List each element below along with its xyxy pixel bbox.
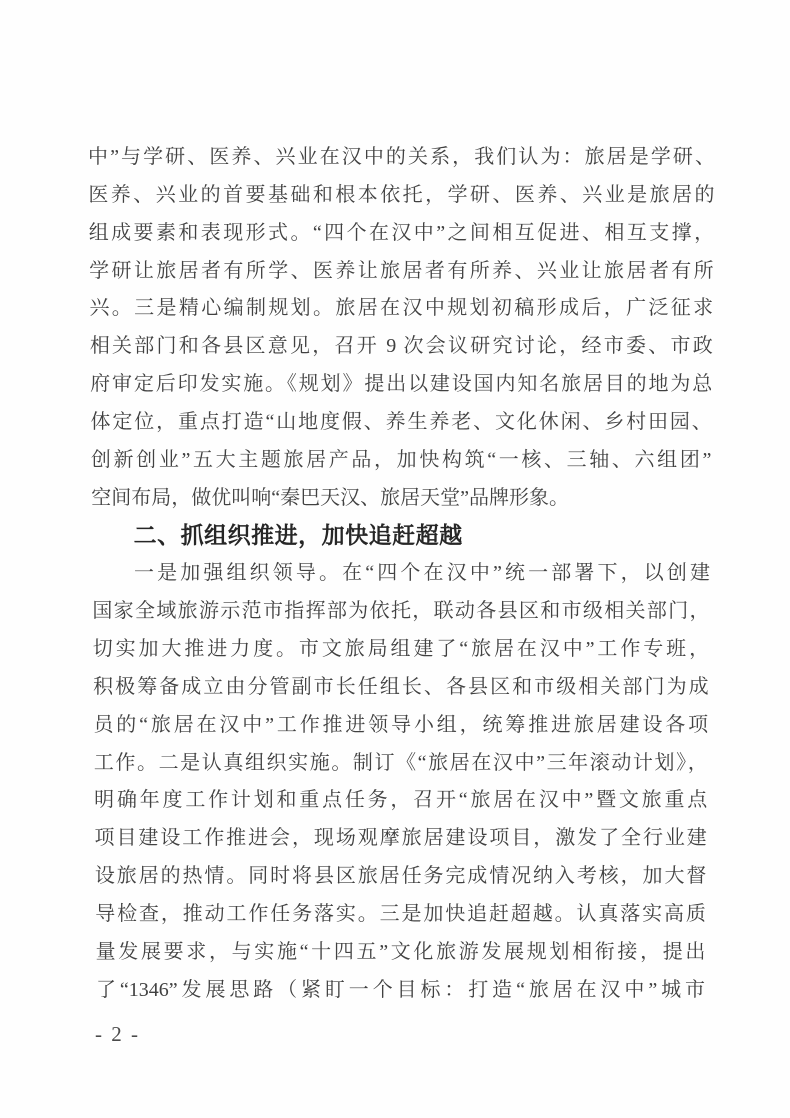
page-number: - 2 - <box>95 1022 140 1047</box>
paragraph1-line: 体定位，重点打造“山地度假、养生养老、文化休闲、乡村田园、 <box>91 404 712 442</box>
paragraph1-line: 医养、兴业的首要基础和根本依托，学研、医养、兴业是旅居的 <box>88 177 714 215</box>
paragraph1-line: 府审定后印发实施。《规划》提出以建设国内知名旅居目的地为总 <box>90 366 712 404</box>
paragraph2-line: 量发展要求，与实施“十四五”文化旅游发展规划相衔接，提出 <box>96 934 706 972</box>
paragraph2-line: 切实加大推进力度。市文旅局组建了“旅居在汉中”工作专班， <box>93 631 709 669</box>
paragraph1-line: 空间布局，做优叫响“秦巴天汉、旅居天堂”品牌形象。 <box>91 480 711 518</box>
paragraph2-line: 国家全域旅游示范市指挥部为依托，联动各县区和市级相关部门， <box>92 593 709 631</box>
paragraph1-line: 中”与学研、医养、兴业在汉中的关系，我们认为：旅居是学研、 <box>88 139 715 177</box>
paragraph1-line: 创新创业”五大主题旅居产品，加快构筑“一核、三轴、六组团” <box>91 442 711 480</box>
paragraph1-line: 兴。三是精心编制规划。旅居在汉中规划初稿形成后，广泛征求 <box>89 290 713 328</box>
paragraph2-line: 项目建设工作推进会，现场观摩旅居建设项目，激发了全行业建 <box>95 820 707 858</box>
paragraph2-line: 设旅居的热情。同时将县区旅居任务完成情况纳入考核，加大督 <box>95 858 706 896</box>
document-body: 中”与学研、医养、兴业在汉中的关系，我们认为：旅居是学研、 医养、兴业的首要基础… <box>88 139 715 1009</box>
paragraph2-line: 积极筹备成立由分管副市长任组长、各县区和市级相关部门为成 <box>93 669 709 707</box>
section-heading: 二、抓组织推进，加快追赶超越 <box>92 517 711 555</box>
document-page: 中”与学研、医养、兴业在汉中的关系，我们认为：旅居是学研、 医养、兴业的首要基础… <box>0 0 790 1118</box>
paragraph1-line: 学研让旅居者有所学、医养让旅居者有所养、兴业让旅居者有所 <box>89 253 714 291</box>
paragraph2-line: 明确年度工作计划和重点任务，召开“旅居在汉中”暨文旅重点 <box>94 782 707 820</box>
paragraph2-line: 一是加强组织领导。在“四个在汉中”统一部署下，以创建 <box>92 555 710 593</box>
paragraph2-line: 工作。二是认真组织实施。制订《“旅居在汉中”三年滚动计划》， <box>94 745 708 783</box>
paragraph2-line: 了“1346”发展思路（紧盯一个目标：打造“旅居在汉中”城市 <box>96 972 705 1010</box>
paragraph1-line: 相关部门和各县区意见，召开 9 次会议研究讨论，经市委、市政 <box>90 328 713 366</box>
paragraph2-line: 员的“旅居在汉中”工作推进领导小组，统筹推进旅居建设各项 <box>93 707 708 745</box>
paragraph1-line: 组成要素和表现形式。“四个在汉中”之间相互促进、相互支撑， <box>89 215 714 253</box>
paragraph2-line: 导检查，推动工作任务落实。三是加快追赶超越。认真落实高质 <box>95 896 706 934</box>
